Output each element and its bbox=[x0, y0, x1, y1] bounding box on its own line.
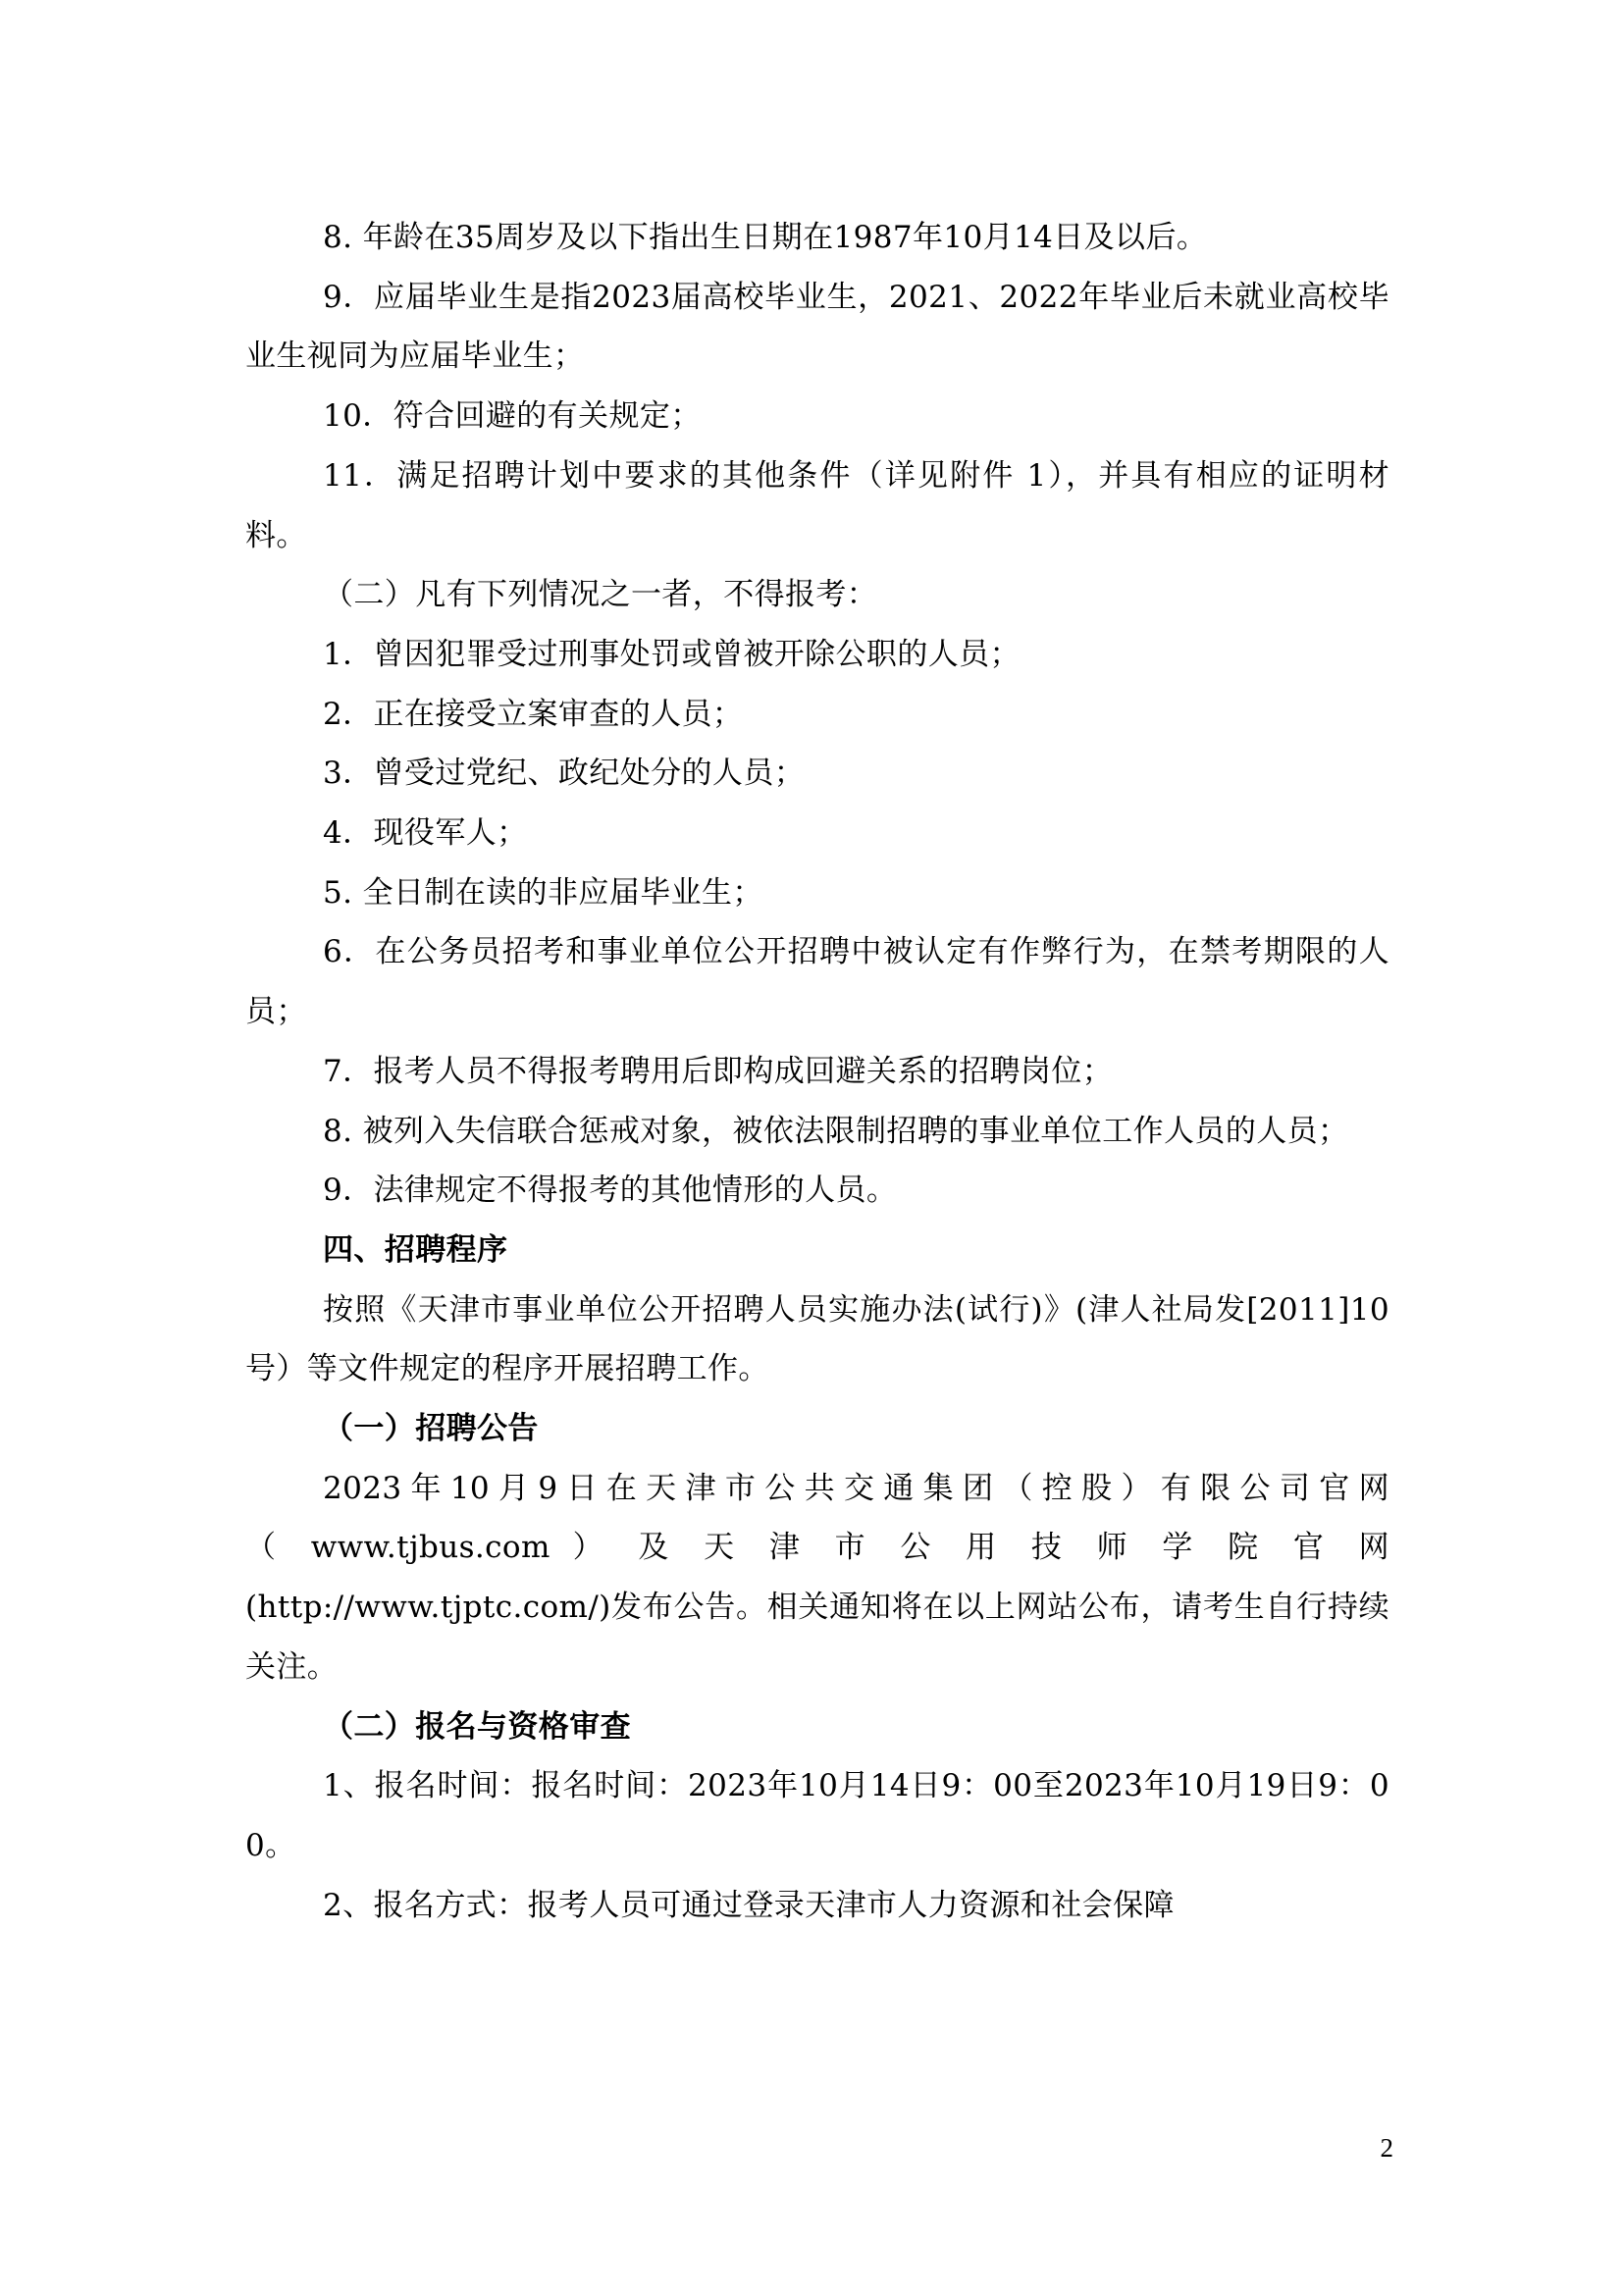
page-number: 2 bbox=[1364, 2133, 1393, 2163]
subsection-heading-registration: （二）报名与资格审查 bbox=[245, 1697, 1389, 1757]
requirement-11: 11．满足招聘计划中要求的其他条件（详见附件 1），并具有相应的证明材料。 bbox=[245, 446, 1389, 565]
exclusion-item-7: 7．报考人员不得报考聘用后即构成回避关系的招聘岗位； bbox=[245, 1042, 1389, 1102]
document-body: 8. 年龄在35周岁及以下指出生日期在1987年10月14日及以后。 9．应届毕… bbox=[245, 208, 1389, 1935]
announcement-line-1: 2023年10月9日在天津市公共交通集团（控股）有限公司官网 bbox=[245, 1459, 1389, 1519]
requirement-10: 10．符合回避的有关规定； bbox=[245, 387, 1389, 446]
exclusion-item-8: 8. 被列入失信联合惩戒对象，被依法限制招聘的事业单位工作人员的人员； bbox=[245, 1102, 1389, 1162]
registration-method: 2、报名方式：报考人员可通过登录天津市人力资源和社会保障 bbox=[245, 1876, 1389, 1936]
exclusion-item-4: 4．现役军人； bbox=[245, 804, 1389, 863]
announcement-line-3: (http://www.tjptc.com/)发布公告。相关通知将在以上网站公布… bbox=[245, 1578, 1389, 1696]
requirement-9: 9．应届毕业生是指2023届高校毕业生，2021、2022年毕业后未就业高校毕业… bbox=[245, 268, 1389, 387]
exclusion-item-1: 1．曾因犯罪受过刑事处罚或曾被开除公职的人员； bbox=[245, 625, 1389, 685]
exclusion-heading: （二）凡有下列情况之一者，不得报考： bbox=[245, 565, 1389, 625]
requirement-8: 8. 年龄在35周岁及以下指出生日期在1987年10月14日及以后。 bbox=[245, 208, 1389, 268]
section-intro: 按照《天津市事业单位公开招聘人员实施办法(试行)》(津人社局发[2011]10号… bbox=[245, 1280, 1389, 1399]
announcement-line-2: （ www.tjbus.com ） 及 天 津 市 公 用 技 师 学 院 官 … bbox=[245, 1518, 1389, 1578]
exclusion-item-6: 6．在公务员招考和事业单位公开招聘中被认定有作弊行为，在禁考期限的人员； bbox=[245, 922, 1389, 1041]
registration-time: 1、报名时间：报名时间：2023年10月14日9：00至2023年10月19日9… bbox=[245, 1756, 1389, 1875]
exclusion-item-2: 2．正在接受立案审查的人员； bbox=[245, 685, 1389, 745]
exclusion-item-3: 3．曾受过党纪、政纪处分的人员； bbox=[245, 744, 1389, 804]
document-page: 8. 年龄在35周岁及以下指出生日期在1987年10月14日及以后。 9．应届毕… bbox=[0, 0, 1624, 2296]
exclusion-item-5: 5. 全日制在读的非应届毕业生； bbox=[245, 863, 1389, 923]
section-heading-recruitment-procedure: 四、招聘程序 bbox=[245, 1221, 1389, 1280]
exclusion-item-9: 9．法律规定不得报考的其他情形的人员。 bbox=[245, 1161, 1389, 1221]
subsection-heading-announcement: （一）招聘公告 bbox=[245, 1399, 1389, 1459]
